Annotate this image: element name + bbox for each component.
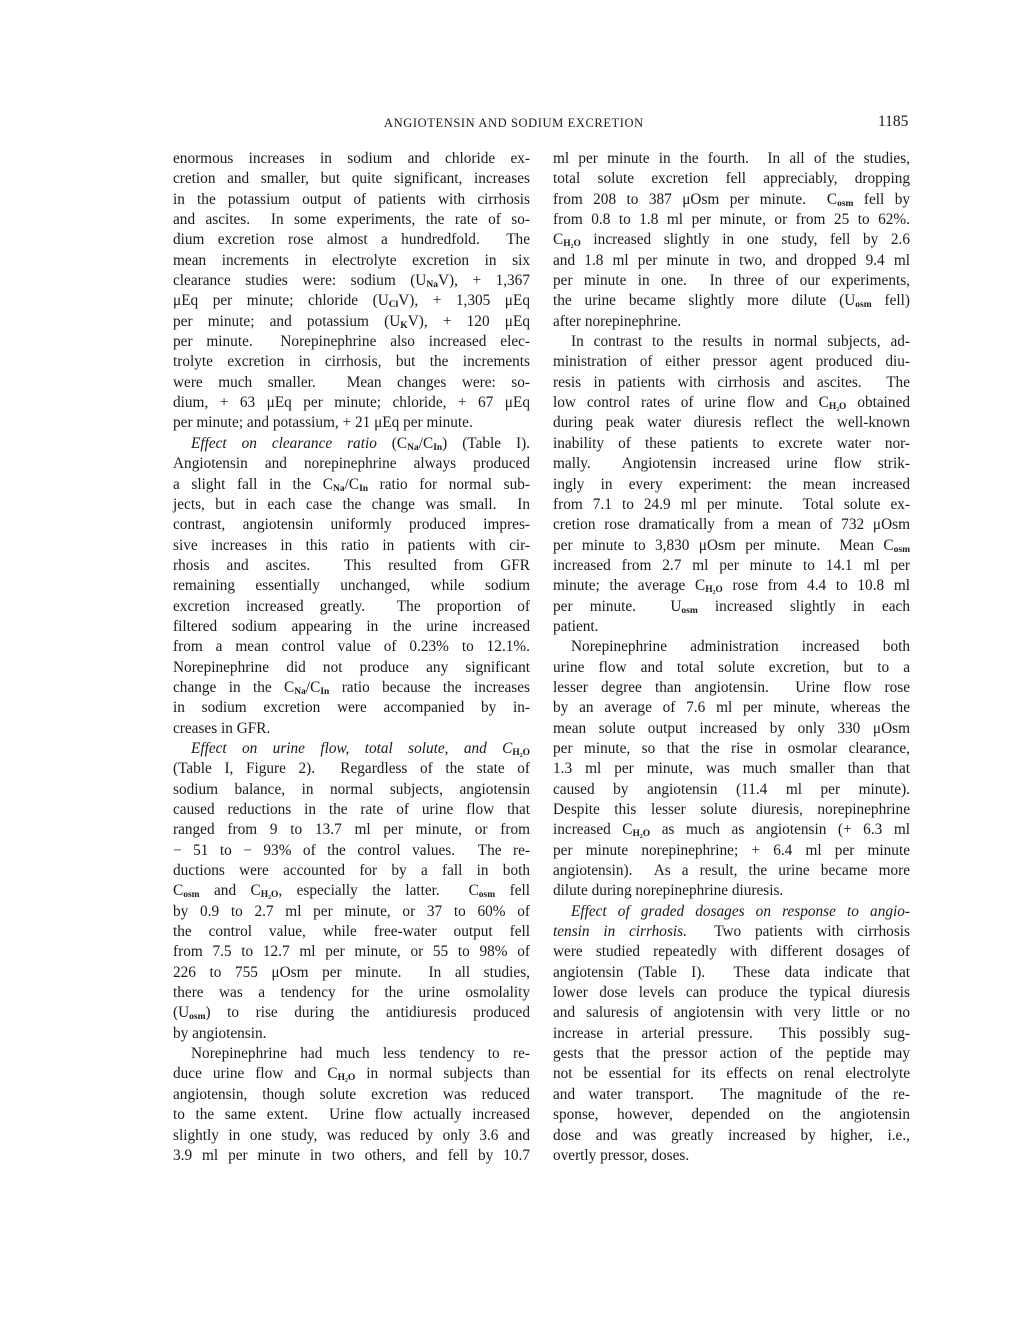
text-line: cretion and smaller, but quite significa… <box>173 169 530 189</box>
subscript: K <box>400 321 407 331</box>
text-line: there was a tendency for the urine osmol… <box>173 983 530 1003</box>
text-line: per minute to 3,830 μOsm per minute. Mea… <box>553 536 910 556</box>
italic-run-in-heading: tensin in cirrhosis. <box>553 923 687 940</box>
text-line: clearance studies were: sodium (UNaV), +… <box>173 271 530 291</box>
text-line: by an average of 7.6 ml per minute, wher… <box>553 698 910 718</box>
subscript: osm <box>479 890 495 900</box>
text-line: Angiotensin and norepinephrine always pr… <box>173 454 530 474</box>
subscript: H₂O <box>261 890 279 900</box>
text-line: gests that the pressor action of the pep… <box>553 1044 910 1064</box>
text-line: caused reductions in the rate of urine f… <box>173 800 530 820</box>
text-line: not be essential for its effects on rena… <box>553 1064 910 1084</box>
text-line: trolyte excretion in cirrhosis, but the … <box>173 352 530 372</box>
text-line: after norepinephrine. <box>553 312 910 332</box>
text-line: dose and was greatly increased by higher… <box>553 1126 910 1146</box>
text-line: urine flow and total solute excretion, b… <box>553 658 910 678</box>
text-line: angiotensin (Table I). These data indica… <box>553 963 910 983</box>
text-line: dium, + 63 μEq per minute; chloride, + 6… <box>173 393 530 413</box>
text-line: lower dose levels can produce the typica… <box>553 983 910 1003</box>
italic-run-in-heading: Effect of graded dosages on response to … <box>571 903 910 920</box>
text-line: ministration of either pressor agent pro… <box>553 352 910 372</box>
text-line: mally. Angiotensin increased urine flow … <box>553 454 910 474</box>
text-line: from 7.5 to 12.7 ml per minute, or 55 to… <box>173 942 530 962</box>
text-line: the urine became slightly more dilute (U… <box>553 291 910 311</box>
text-line: Norepinephrine administration increased … <box>553 637 910 657</box>
text-line: minute; the average CH₂O rose from 4.4 t… <box>553 576 910 596</box>
subscript: Na <box>407 443 419 453</box>
text-line: mean solute output increased by only 330… <box>553 719 910 739</box>
text-line: patient. <box>553 617 910 637</box>
subscript: osm <box>894 545 910 555</box>
subscript: H₂O <box>563 239 581 249</box>
subscript: Na <box>294 687 306 697</box>
text-line: from a mean control value of 0.23% to 12… <box>173 637 530 657</box>
text-line: sodium balance, in normal subjects, angi… <box>173 780 530 800</box>
text-line: duce urine flow and CH₂O in normal subje… <box>173 1064 530 1084</box>
text-line: to the same extent. Urine flow actually … <box>173 1105 530 1125</box>
subscript: H₂O <box>512 748 530 758</box>
text-line: per minute in one. In three of our exper… <box>553 271 910 291</box>
subscript: osm <box>189 1012 205 1022</box>
text-line: Effect of graded dosages on response to … <box>553 902 910 922</box>
text-line: Norepinephrine had much less tendency to… <box>173 1044 530 1064</box>
text-line: per minute. Uosm increased slightly in e… <box>553 597 910 617</box>
subscript: In <box>359 484 368 494</box>
text-line: dilute during norepinephrine diuresis. <box>553 881 910 901</box>
subscript: H₂O <box>705 585 723 595</box>
text-line: change in the CNa/CIn ratio because the … <box>173 678 530 698</box>
text-line: per minute; and potassium, + 21 μEq per … <box>173 413 530 433</box>
page-number: 1185 <box>878 113 908 131</box>
subscript: H₂O <box>633 829 651 839</box>
text-line: total solute excretion fell appreciably,… <box>553 169 910 189</box>
text-line: per minute norepinephrine; + 6.4 ml per … <box>553 841 910 861</box>
text-line: ingly in every experiment: the mean incr… <box>553 475 910 495</box>
text-line: Norepinephrine did not produce any signi… <box>173 658 530 678</box>
text-line: dium excretion rose almost a hundredfold… <box>173 230 530 250</box>
subscript: H₂O <box>829 402 847 412</box>
text-line: low control rates of urine flow and CH₂O… <box>553 393 910 413</box>
text-line: rhosis and ascites. This resulted from G… <box>173 556 530 576</box>
text-line: from 208 to 387 μOsm per minute. Cosm fe… <box>553 190 910 210</box>
text-line: contrast, angiotensin uniformly produced… <box>173 515 530 535</box>
subscript: In <box>320 687 329 697</box>
text-line: Effect on clearance ratio (CNa/CIn) (Tab… <box>173 434 530 454</box>
text-line: inability of these patients to excrete w… <box>553 434 910 454</box>
text-line: resis in patients with cirrhosis and asc… <box>553 373 910 393</box>
text-line: increased CH₂O as much as angiotensin (+… <box>553 820 910 840</box>
text-line: from 7.1 to 24.9 ml per minute. Total so… <box>553 495 910 515</box>
text-line: by 0.9 to 2.7 ml per minute, or 37 to 60… <box>173 902 530 922</box>
text-line: enormous increases in sodium and chlorid… <box>173 149 530 169</box>
subscript: osm <box>837 199 853 209</box>
text-line: per minute, so that the rise in osmolar … <box>553 739 910 759</box>
text-line: ranged from 9 to 13.7 ml per minute, or … <box>173 820 530 840</box>
text-line: 1.3 ml per minute, was much smaller than… <box>553 759 910 779</box>
text-line: CH₂O increased slightly in one study, fe… <box>553 230 910 250</box>
running-head-title: ANGIOTENSIN AND SODIUM EXCRETION <box>384 116 644 131</box>
text-line: μEq per minute; chloride (UClV), + 1,305… <box>173 291 530 311</box>
text-line: 3.9 ml per minute in two others, and fel… <box>173 1146 530 1166</box>
italic-run-in-heading: Effect on urine flow, total solute, and … <box>191 740 512 757</box>
text-line: ml per minute in the fourth. In all of t… <box>553 149 910 169</box>
text-line: caused by angiotensin (11.4 ml per minut… <box>553 780 910 800</box>
text-line: slightly in one study, was reduced by on… <box>173 1126 530 1146</box>
text-line: In contrast to the results in normal sub… <box>553 332 910 352</box>
text-line: during peak water diuresis reflect the w… <box>553 413 910 433</box>
subscript: osm <box>681 606 697 616</box>
text-line: Effect on urine flow, total solute, and … <box>173 739 530 759</box>
right-column: ml per minute in the fourth. In all of t… <box>553 149 910 1166</box>
text-line: the control value, while free-water outp… <box>173 922 530 942</box>
subscript: In <box>433 443 442 453</box>
text-line: filtered sodium appearing in the urine i… <box>173 617 530 637</box>
text-line: in the potassium output of patients with… <box>173 190 530 210</box>
text-line: increased from 2.7 ml per minute to 14.1… <box>553 556 910 576</box>
text-line: sponse, however, depended on the angiote… <box>553 1105 910 1125</box>
text-line: 226 to 755 μOsm per minute. In all studi… <box>173 963 530 983</box>
text-line: per minute; and potassium (UKV), + 120 μ… <box>173 312 530 332</box>
subscript: Na <box>333 484 345 494</box>
left-column: enormous increases in sodium and chlorid… <box>173 149 530 1166</box>
text-line: angiotensin). As a result, the urine bec… <box>553 861 910 881</box>
text-line: and water transport. The magnitude of th… <box>553 1085 910 1105</box>
text-line: overtly pressor, doses. <box>553 1146 910 1166</box>
text-line: a slight fall in the CNa/CIn ratio for n… <box>173 475 530 495</box>
text-line: − 51 to − 93% of the control values. The… <box>173 841 530 861</box>
subscript: H₂O <box>338 1073 356 1083</box>
text-line: (Uosm) to rise during the antidiuresis p… <box>173 1003 530 1023</box>
text-line: jects, but in each case the change was s… <box>173 495 530 515</box>
text-line: per minute. Norepinephrine also increase… <box>173 332 530 352</box>
text-line: cretion rose dramatically from a mean of… <box>553 515 910 535</box>
text-line: were much smaller. Mean changes were: so… <box>173 373 530 393</box>
text-line: ductions were accounted for by a fall in… <box>173 861 530 881</box>
text-line: were studied repeatedly with different d… <box>553 942 910 962</box>
text-line: tensin in cirrhosis. Two patients with c… <box>553 922 910 942</box>
text-line: and saluresis of angiotensin with very l… <box>553 1003 910 1023</box>
text-line: from 0.8 to 1.8 ml per minute, or from 2… <box>553 210 910 230</box>
text-line: angiotensin, though solute excretion was… <box>173 1085 530 1105</box>
text-line: creases in GFR. <box>173 719 530 739</box>
text-line: by angiotensin. <box>173 1024 530 1044</box>
subscript: osm <box>183 890 199 900</box>
text-line: Despite this lesser solute diuresis, nor… <box>553 800 910 820</box>
subscript: Na <box>426 280 438 290</box>
subscript: Cl <box>389 300 399 310</box>
text-line: lesser degree than angiotensin. Urine fl… <box>553 678 910 698</box>
text-line: remaining essentially unchanged, while s… <box>173 576 530 596</box>
italic-run-in-heading: Effect on clearance ratio <box>191 435 377 452</box>
text-line: sive increases in this ratio in patients… <box>173 536 530 556</box>
text-line: mean increments in electrolyte excretion… <box>173 251 530 271</box>
text-line: in sodium excretion were accompanied by … <box>173 698 530 718</box>
text-line: excretion increased greatly. The proport… <box>173 597 530 617</box>
text-line: (Table I, Figure 2). Regardless of the s… <box>173 759 530 779</box>
subscript: osm <box>855 300 871 310</box>
text-line: increase in arterial pressure. This poss… <box>553 1024 910 1044</box>
text-line: and 1.8 ml per minute in two, and droppe… <box>553 251 910 271</box>
text-line: Cosm and CH₂O, especially the latter. Co… <box>173 881 530 901</box>
text-line: and ascites. In some experiments, the ra… <box>173 210 530 230</box>
